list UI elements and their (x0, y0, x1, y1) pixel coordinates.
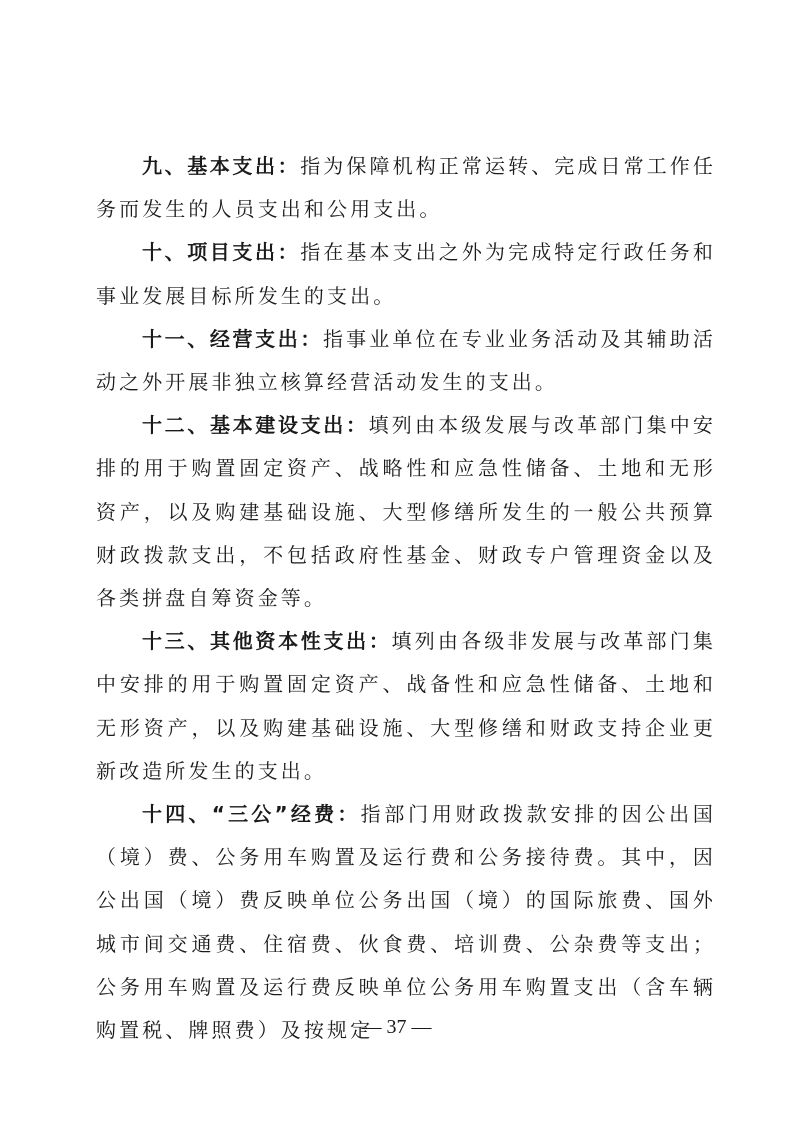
paragraph-operating-expenditure: 十一、经营支出：指事业单位在专业业务活动及其辅助活动之外开展非独立核算经营活动发… (96, 318, 716, 404)
term-heading: 十二、基本建设支出： (142, 413, 369, 437)
term-heading: 十、项目支出： (142, 240, 300, 264)
term-heading: 十三、其他资本性支出： (142, 629, 392, 653)
term-definition: 指部门用财政拨款安排的因公出国（境）费、公务用车购置及运行费和公务接待费。其中，… (96, 802, 716, 1042)
term-definition: 填列由本级发展与改革部门集中安排的用于购置固定资产、战略性和应急性储备、土地和无… (96, 413, 716, 610)
paragraph-other-capital-expenditure: 十三、其他资本性支出：填列由各级非发展与改革部门集中安排的用于购置固定资产、战备… (96, 620, 716, 793)
term-heading: 十一、经营支出： (142, 327, 323, 351)
document-body: 九、基本支出：指为保障机构正常运转、完成日常工作任务而发生的人员支出和公用支出。… (96, 145, 716, 1052)
paragraph-basic-expenditure: 九、基本支出：指为保障机构正常运转、完成日常工作任务而发生的人员支出和公用支出。 (96, 145, 716, 231)
paragraph-project-expenditure: 十、项目支出：指在基本支出之外为完成特定行政任务和事业发展目标所发生的支出。 (96, 231, 716, 317)
paragraph-capital-construction-expenditure: 十二、基本建设支出：填列由本级发展与改革部门集中安排的用于购置固定资产、战略性和… (96, 404, 716, 620)
term-heading: 九、基本支出： (142, 154, 300, 178)
paragraph-three-public-expenses: 十四、“三公”经费：指部门用财政拨款安排的因公出国（境）费、公务用车购置及运行费… (96, 793, 716, 1052)
term-heading: 十四、“三公”经费： (142, 802, 361, 826)
page-number: — 37 — (0, 1016, 793, 1039)
